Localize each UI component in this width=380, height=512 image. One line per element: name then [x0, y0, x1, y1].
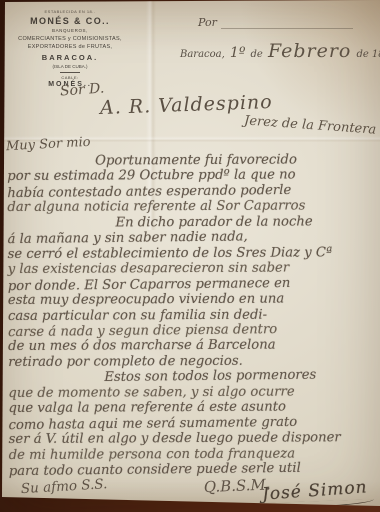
salutation-prefix: Sor D.: [59, 80, 104, 99]
letter-body: Oportunamente fui favorecido por su esti…: [7, 152, 378, 495]
por-label: Por: [198, 16, 217, 29]
date-month-handwritten: Febrero: [268, 40, 351, 62]
body-line: para todo cuanto considere puede serle u…: [9, 460, 378, 480]
date-de2-printed: de 188: [356, 49, 380, 60]
body-line: se cerró el establecimiento de los Sres …: [8, 245, 377, 262]
letterhead-country: (ISLA DE CUBA.): [14, 64, 126, 69]
photo-of-letter: ESTABLECIDA EN 18.. MONÉS & CO.. BANQUER…: [0, 0, 380, 512]
letterhead-exporters-line: EXPORTADORES de FRUTAS,: [14, 44, 126, 50]
letterhead-cable-label: CABLE:: [14, 75, 126, 80]
date-line: Baracoa, 1º de Febrero de 188 7: [180, 40, 380, 62]
greeting-line: Muy Sor mio: [6, 135, 91, 154]
letterhead-divider-rule: [60, 72, 80, 73]
date-de1-printed: de: [251, 49, 263, 60]
letterhead-city: BARACOA.: [14, 53, 126, 62]
por-blank-rule: [221, 17, 353, 29]
letterhead-bankers-line: BANQUEROS,: [14, 28, 126, 33]
letter-paper: ESTABLECIDA EN 18.. MONÉS & CO.. BANQUER…: [0, 0, 380, 512]
letterhead-company-name: MONÉS & CO..: [14, 16, 126, 26]
letterhead-merchants-line: COMERCIANTES y COMISIONISTAS,: [14, 36, 126, 42]
date-city-printed: Baracoa,: [180, 49, 225, 60]
date-day-handwritten: 1º: [230, 45, 246, 61]
closing-courtesy: Su afmo S.S.: [20, 477, 107, 497]
closing-qbsm: Q.B.S.M.: [203, 477, 270, 495]
letterhead: ESTABLECIDA EN 18.. MONÉS & CO.. BANQUER…: [14, 9, 126, 88]
por-blank-line: Por: [198, 16, 353, 29]
recipient-location: Jerez de la Frontera: [244, 113, 377, 137]
letterhead-established: ESTABLECIDA EN 18..: [14, 9, 126, 14]
